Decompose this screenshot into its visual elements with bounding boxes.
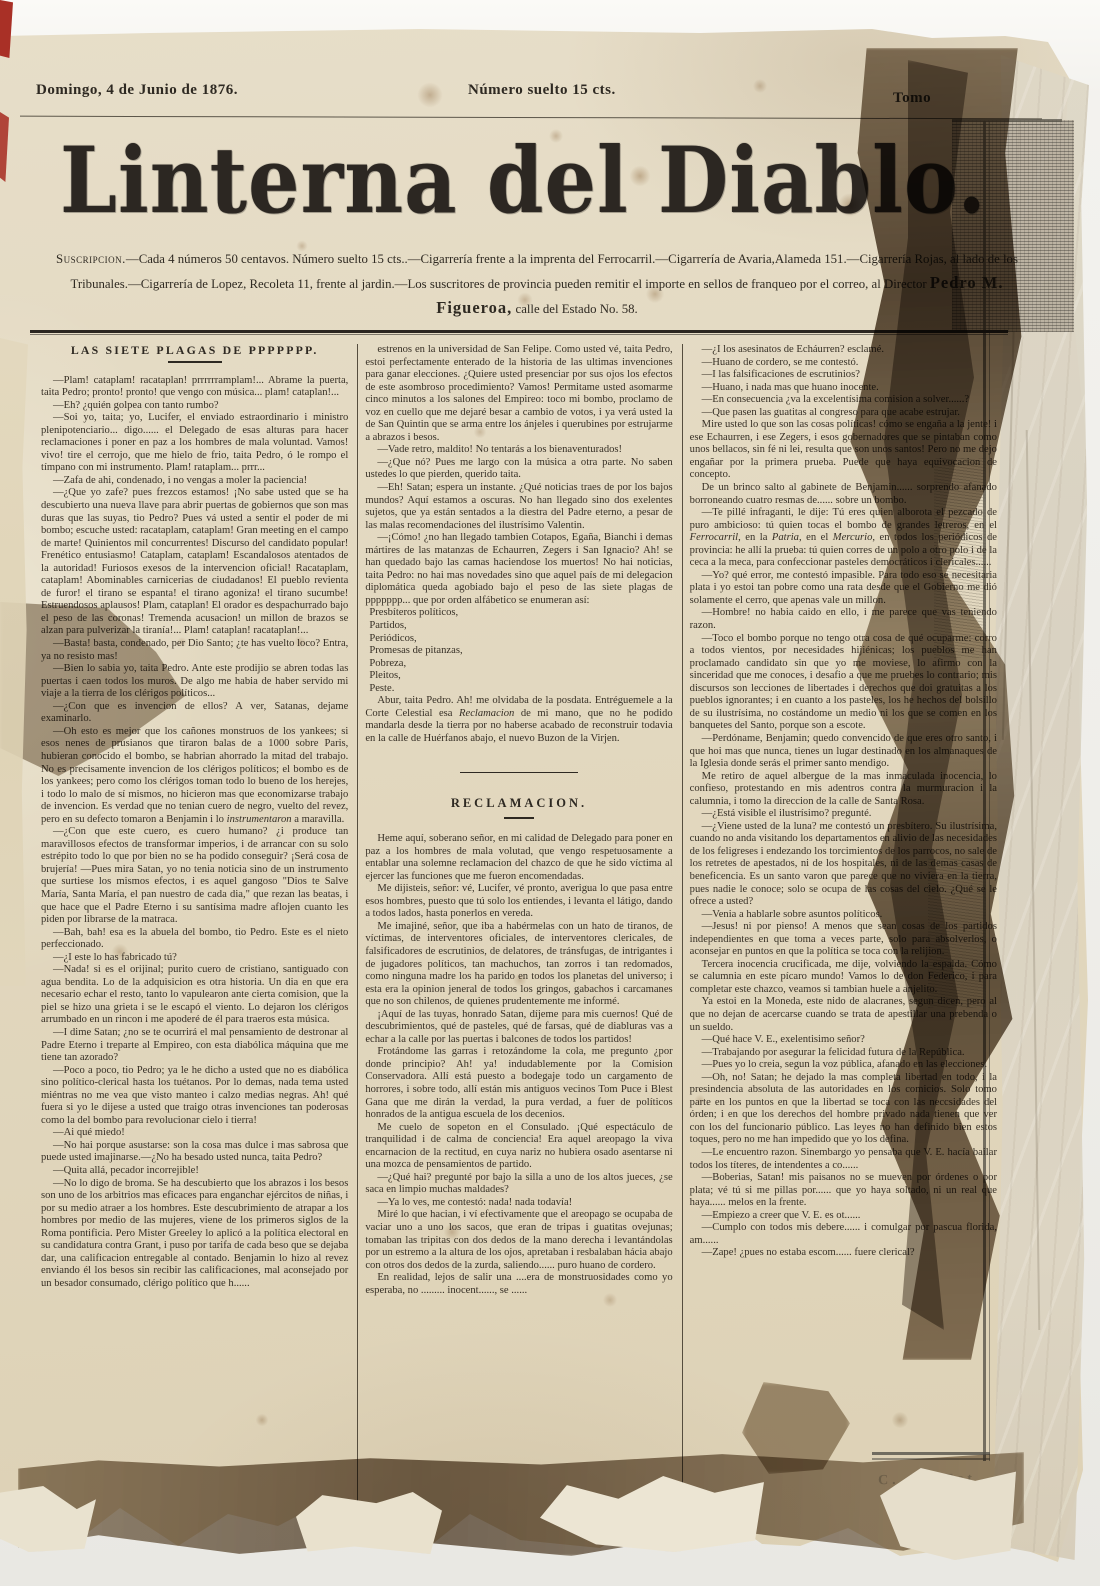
paragraph: Me retiro de aquel albergue de la mas in…: [690, 771, 997, 809]
tape-repair-strip: [0, 338, 28, 986]
article-title: LAS SIETE PLAGAS DE PPPPPPP.: [41, 344, 348, 357]
paragraph: —Yo? qué error, me contestó impasible. P…: [690, 570, 997, 608]
paragraph: —¿I los asesinatos de Echáurren? esclamé…: [690, 344, 997, 357]
title-rule: [168, 361, 222, 363]
title-dash-rule: [504, 817, 534, 819]
paragraph: —¿Qué hai? pregunté por bajo la silla a …: [365, 1172, 672, 1197]
reclamation-text: Heme aquí, soberano señor, en mi calidad…: [365, 833, 672, 1297]
plagues-list: Presbíteros políticos,Partidos,Periódico…: [365, 607, 672, 695]
paragraph: —Boberias, Satan! mis paisanos no se mue…: [690, 1172, 997, 1210]
plague-item: Pleitos,: [365, 670, 672, 683]
paragraph: —Ya lo ves, me contestó: nada! nada toda…: [365, 1197, 672, 1210]
paragraph: —Perdóname, Benjamin; quedo convencido d…: [690, 733, 997, 771]
edition-date: Domingo, 4 de Junio de 1876.: [36, 82, 238, 99]
paragraph: —Toco el bombo porque no tengo otra cosa…: [690, 633, 997, 733]
body-column-3: —¿I los asesinatos de Echáurren? esclamé…: [682, 344, 1006, 1516]
section-rule: [460, 772, 578, 773]
subscription-address: calle del Estado No. 58.: [512, 302, 637, 316]
paragraph: —Soi yo, taita; yo, Lucifer, el enviado …: [41, 412, 348, 475]
paragraph: —¿Que nó? Pues me largo con la música a …: [365, 457, 672, 482]
plague-item: Pobreza,: [365, 658, 672, 671]
body-column-1: LAS SIETE PLAGAS DE PPPPPPP. —Plam! cata…: [34, 344, 357, 1516]
plague-item: Partidos,: [365, 620, 672, 633]
issue-price: Número suelto 15 cts.: [468, 82, 616, 99]
paragraph: En realidad, lejos de salir una ....era …: [365, 1272, 672, 1297]
paragraph: —I dime Satan; ¿no se te ocurrirá el mal…: [41, 1027, 348, 1065]
plague-item: Peste.: [365, 683, 672, 696]
body-column-2: estrenos en la universidad de San Felipe…: [357, 344, 681, 1516]
paragraph: —Oh, no! Satan; he dejado la mas complet…: [690, 1072, 997, 1147]
paragraph: —Pues yo lo creia, segun la voz pública,…: [690, 1059, 997, 1072]
paragraph: —Bah, bah! esa es la abuela del bombo, t…: [41, 927, 348, 952]
paragraph: Me imajiné, señor, que iba a habérmelas …: [365, 921, 672, 1009]
paragraph: —Venia a hablarle sobre asuntos político…: [690, 909, 997, 922]
paragraph: —Basta! basta, condenado, per Dio Santo;…: [41, 638, 348, 663]
paragraph: —Vade retro, maldito! No tentarás a los …: [365, 444, 672, 457]
paragraph: —Qué hace V. E., exelentisimo señor?: [690, 1034, 997, 1047]
paragraph: —¿Con que es invencion de ellos? A ver, …: [41, 701, 348, 726]
paragraph: —¡Cómo! ¿no han llegado tambien Cotapos,…: [365, 532, 672, 607]
paragraph: —¿Está visible el ilustrísimo? pregunté.: [690, 808, 997, 821]
paragraph: —Plam! cataplam! racataplan! prrrrrrampl…: [41, 375, 348, 400]
printed-content: Domingo, 4 de Junio de 1876. Número suel…: [0, 0, 1100, 1586]
paragraph: ¡Aquí de las tuyas, honrado Satan, díjem…: [365, 1009, 672, 1047]
header-rule: [20, 116, 1042, 120]
paragraph: —¿Viene usted de la luna? me contestó un…: [690, 821, 997, 909]
paragraph: Me dijisteis, señor: vé, Lucifer, vé pro…: [365, 883, 672, 921]
paragraph: —Cumplo con todos mis debere...... i com…: [690, 1222, 997, 1247]
paragraph: —Te pillé infraganti, le dije: Tú eres q…: [690, 507, 997, 570]
volume-label: Tomo: [893, 90, 931, 107]
paragraph: —No hai porque asustarse: son la cosa ma…: [41, 1140, 348, 1165]
reclamation-title: RECLAMACION.: [365, 797, 672, 810]
column-1-text: —Plam! cataplam! racataplan! prrrrrrampl…: [41, 375, 348, 1291]
masthead-rule: [30, 330, 1008, 335]
paragraph: —¿I este lo has fabricado tú?: [41, 952, 348, 965]
paragraph: Ya estoi en la Moneda, este nido de alac…: [690, 996, 997, 1034]
paragraph: Abur, taita Pedro. Ah! me olvidaba de la…: [365, 695, 672, 745]
masthead-title: Linterna del Diablo.: [60, 128, 940, 234]
paragraph: —Eh! Satan; espera un instante. ¿Qué not…: [365, 482, 672, 532]
paragraph: estrenos en la universidad de San Felipe…: [365, 344, 672, 444]
paragraph: —Quita allá, pecador incorrejible!: [41, 1165, 348, 1178]
paragraph: Me cuelo de sopeton en el Consulado. ¡Qu…: [365, 1122, 672, 1172]
subscription-label: Suscripcion.: [56, 252, 126, 266]
column-2-outro: Abur, taita Pedro. Ah! me olvidaba de la…: [365, 695, 672, 745]
paragraph: —Huano, i nada mas que huano inocente.: [690, 382, 997, 395]
paragraph: —Trabajando por asegurar la felicidad fu…: [690, 1047, 997, 1060]
paragraph: —I las falsificaciones de escrutinios?: [690, 369, 997, 382]
paragraph: —Nada! si es el orijinal; purito cuero d…: [41, 964, 348, 1027]
paragraph: —Poco a poco, tio Pedro; ya le he dicho …: [41, 1065, 348, 1128]
paragraph: —Ai qué miedo!: [41, 1127, 348, 1140]
paragraph: —Zafa de ahi, condenado, i no vengas a m…: [41, 475, 348, 488]
paragraph: —En consecuencia ¿va la excelentísima co…: [690, 394, 997, 407]
paragraph: Tercera inocencia crucificada, me dije, …: [690, 959, 997, 997]
column-3-text: —¿I los asesinatos de Echáurren? esclamé…: [690, 344, 997, 1260]
paragraph: Heme aquí, soberano señor, en mi calidad…: [365, 833, 672, 883]
paragraph: Miré lo que hacian, i ví efectivamente q…: [365, 1209, 672, 1272]
paragraph: —Hombre! no habia caido en ello, i me pa…: [690, 607, 997, 632]
paragraph: Frotándome las garras i retozándome la c…: [365, 1046, 672, 1121]
paragraph: —Oh esto es mejor que los cañones monstr…: [41, 726, 348, 826]
subscription-note: Suscripcion.—Cada 4 números 50 centavos.…: [30, 248, 1044, 321]
article-body: LAS SIETE PLAGAS DE PPPPPPP. —Plam! cata…: [34, 344, 1006, 1516]
paragraph: —Que pasen las guatitas al congreso para…: [690, 407, 997, 420]
paragraph: —¿Con que este cuero, es cuero humano? ¿…: [41, 826, 348, 926]
paragraph: —Empiezo a creer que V. E. es ot......: [690, 1210, 997, 1223]
paragraph: De un brinco salto al gabinete de Benjam…: [690, 482, 997, 507]
scan-background: C. del Est Domingo, 4 de Junio de 1876. …: [0, 0, 1100, 1586]
paragraph: —Jesus! ni por pienso! A menos que sean …: [690, 921, 997, 959]
column-2-intro: estrenos en la universidad de San Felipe…: [365, 344, 672, 607]
paragraph: —Bien lo sabia yo, taita Pedro. Ante est…: [41, 663, 348, 701]
paragraph: —Le encuentro razon. Sinembargo yo pensa…: [690, 1147, 997, 1172]
plague-item: Periódicos,: [365, 633, 672, 646]
paragraph: —Huano de cordero, se me contestó.: [690, 357, 997, 370]
paragraph: Mire usted lo que son las cosas política…: [690, 419, 997, 482]
paragraph: —Zape! ¿pues no estaba escom...... fuere…: [690, 1247, 997, 1260]
subscription-text: —Cada 4 números 50 centavos. Número suel…: [70, 252, 1017, 291]
plague-item: Promesas de pitanzas,: [365, 645, 672, 658]
paragraph: —No lo digo de broma. Se ha descubierto …: [41, 1178, 348, 1291]
paragraph: —Eh? ¿quién golpea con tanto rumbo?: [41, 400, 348, 413]
plague-item: Presbíteros políticos,: [365, 607, 672, 620]
paragraph: —¿Que yo zafe? pues frezcos estamos! ¡No…: [41, 487, 348, 638]
